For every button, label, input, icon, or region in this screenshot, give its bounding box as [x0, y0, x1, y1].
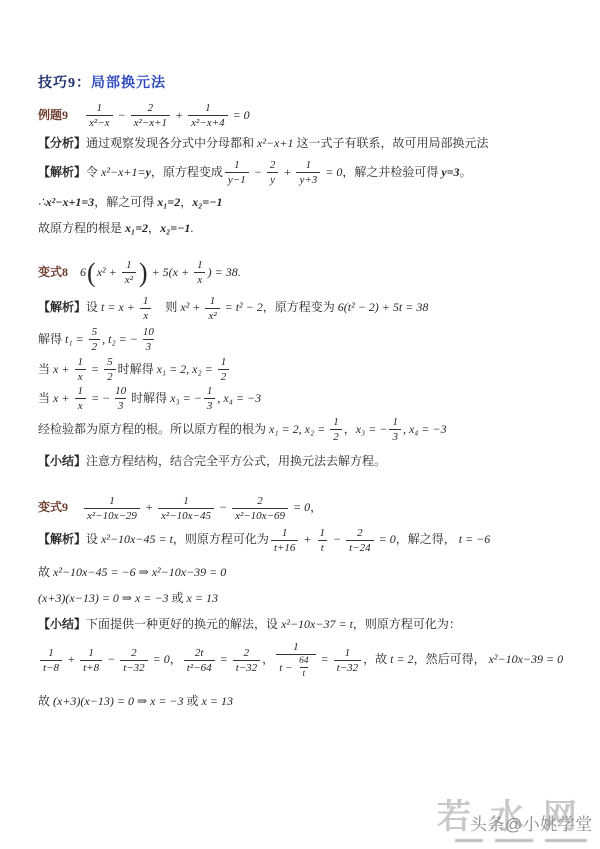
math-text: 1 [392, 416, 398, 428]
math-text: 2 [148, 102, 154, 114]
text-run: = 0 [322, 165, 342, 181]
math-text: y+3 [299, 174, 317, 186]
fraction: 2x²−10x−69 [232, 495, 288, 522]
fraction: 1x [74, 356, 86, 383]
fraction: 1x² [122, 259, 136, 286]
math-text: x² [208, 310, 216, 322]
text-run: ，则原方程可化为 [173, 532, 269, 548]
text-run: 【解析】 [38, 165, 86, 181]
math-text: t [303, 669, 306, 679]
variant9-solution-step2: 故 x²−10x−45 = −6 ⇒ x²−10x−39 = 0 [38, 564, 586, 581]
math-text: x [78, 400, 83, 412]
variant8-solution-step1: 【解析】设 t = x + 1x则 x² + 1x² = t² − 2，原方程变… [38, 295, 586, 322]
text-run: ∴ [38, 195, 46, 211]
fraction: 13 [204, 385, 216, 412]
variant8-summary: 【小结】注意方程结构，结合完全平方公式，用换元法去解方程。 [38, 454, 586, 471]
text-run: 当 [38, 362, 53, 378]
fraction: 103 [140, 326, 157, 353]
fraction: 2t−24 [346, 527, 373, 554]
example9-analysis: 【分析】通过观察发现各分式中分母都和 x²−x+1 这一式子有联系，故可用局部换… [38, 135, 586, 152]
math-text: x [78, 371, 83, 383]
math-text: 2 [357, 527, 363, 539]
text-run: x₃ = − [170, 391, 202, 407]
math-text: x²−x+4 [191, 117, 224, 129]
text-run: = − [88, 391, 110, 407]
text-run: y=3 [441, 165, 459, 181]
text-run: 当 [38, 391, 53, 407]
math-text: t²−64 [187, 662, 212, 674]
math-text: 1 [210, 295, 216, 307]
variant8-equation: 变式86(x² + 1x²) + 5(x + 1x) = 38. [38, 259, 586, 286]
text-run: + [172, 108, 186, 124]
math-text: 1 [345, 647, 351, 659]
fraction: 12 [330, 416, 342, 443]
math-text: x² [125, 274, 133, 286]
math-text: 1 [183, 495, 189, 507]
text-run: 设 [86, 532, 98, 548]
text-run: x₁=2 [157, 195, 180, 211]
math-text: 1 [293, 641, 299, 653]
title-prefix: 技巧9： [38, 76, 91, 91]
math-text: 1 [126, 259, 132, 271]
math-text: x²−10x−69 [235, 510, 285, 522]
math-text: t+16 [274, 542, 295, 554]
fraction: 1t−32 [334, 647, 361, 674]
variant9-summary-derivation: 1t−8 + 1t+8 − 2t−32 = 0，2tt²−64 = 2t−32，… [38, 641, 586, 680]
text-run: 时解得 [131, 391, 170, 407]
document-body: 技巧9：局部换元法 例题91x²−x − 2x²−x+1 + 1x²−x+4 =… [38, 72, 586, 711]
text-run: ，解之得， [396, 532, 459, 548]
text-run: ， [344, 422, 356, 438]
fraction: 1x²−10x−45 [158, 495, 214, 522]
fraction: 1t−8 [40, 647, 62, 674]
variant8-case1: 当 x + 1x = 52时解得 x₁ = 2, x₂ = 12 [38, 356, 586, 383]
title-main: 局部换元法 [91, 76, 166, 91]
math-text: x²−10x−45 [161, 510, 211, 522]
math-text: x²−x+1 [134, 117, 167, 129]
math-text: t−8 [43, 662, 59, 674]
text-run: = 0 [290, 500, 310, 516]
fraction: 1x [194, 259, 206, 286]
fraction: 12 [218, 356, 230, 383]
text-run: 【小结】 [38, 454, 86, 470]
text-run: x₃ = − [356, 422, 388, 438]
text-run: ， [262, 652, 274, 668]
math-text: 64 [299, 656, 308, 666]
math-text: 3 [392, 431, 398, 443]
text-run: x₂=−1 [192, 195, 222, 211]
page-title: 技巧9：局部换元法 [38, 72, 586, 92]
math-text: 2 [270, 159, 276, 171]
math-text: 10 [115, 385, 126, 397]
math-text: 1 [88, 647, 94, 659]
text-run: 经检验都为原方程的根。所以原方程的根为 [38, 422, 269, 438]
math-text: 1 [282, 527, 288, 539]
text-run: ，原方程变为 [263, 300, 338, 316]
text-run: 。 [460, 165, 472, 181]
fraction: 1t+8 [80, 647, 102, 674]
text-run: = 0 [376, 532, 396, 548]
variant8-conclusion: 经检验都为原方程的根。所以原方程的根为 x₁ = 2, x₂ = 12，x₃ =… [38, 416, 586, 443]
text-run: ，则原方程可化为： [353, 617, 461, 633]
text-run: = 0 [230, 108, 250, 124]
text-run: x² + [177, 300, 203, 316]
math-text: 1 [320, 527, 326, 539]
math-text: 2 [333, 431, 339, 443]
text-run: x² + [97, 265, 120, 281]
fraction: 64t [296, 656, 311, 680]
math-text: x [197, 274, 202, 286]
text-run: x²−x+1= [98, 165, 146, 181]
text-run: . [190, 221, 193, 237]
text-run: = [88, 362, 102, 378]
text-run: 【小结】 [38, 617, 86, 633]
text-run: 令 [86, 165, 98, 181]
variant8-case2: 当 x + 1x = −103时解得 x₃ = −13, x₄ = −3 [38, 385, 586, 412]
math-text: t−32 [123, 662, 144, 674]
text-run: x²−10x−45 = t [98, 532, 173, 548]
section-label: 变式8 [38, 265, 68, 281]
variant9-solution-step3: (x+3)(x−13) = 0 ⇒ x = −3 或 x = 13 [38, 590, 586, 607]
fraction: 1x [140, 295, 152, 322]
watermark-small-text [455, 839, 587, 842]
text-run: x²−10x−37 = t [278, 617, 353, 633]
math-text: 2t [195, 647, 204, 659]
text-run: x²−10x−45 = −6 ⇒ x²−10x−39 = 0 [53, 565, 226, 581]
text-run: x²−x+1 [254, 136, 296, 152]
text-run: 通过观察发现各分式中分母都和 [86, 136, 254, 152]
section-label: 例题9 [38, 108, 68, 124]
math-text: t−24 [349, 542, 370, 554]
text-run: t − [279, 662, 295, 674]
text-run: 解得 [38, 332, 65, 348]
example9-conclusion: 故原方程的根是 x₁=2，x₂=−1. [38, 220, 586, 237]
text-run: ， [148, 221, 160, 237]
text-run: ，解之并检验可得 [342, 165, 441, 181]
fraction: 1t [317, 527, 329, 554]
text-run: 下面提供一种更好的换元的解法，设 [86, 617, 278, 633]
fraction: 13 [389, 416, 401, 443]
text-run: 故 [38, 565, 53, 581]
document-page: 技巧9：局部换元法 例题91x²−x − 2x²−x+1 + 1x²−x+4 =… [0, 0, 600, 849]
variant9-summary-intro: 【小结】下面提供一种更好的换元的解法，设 x²−10x−37 = t，则原方程可… [38, 616, 586, 633]
text-run: 注意方程结构，结合完全平方公式，用换元法去解方程。 [86, 454, 386, 470]
big-paren: ( [87, 261, 96, 286]
math-text: t−32 [337, 662, 358, 674]
math-text: 2 [92, 341, 98, 353]
text-run: 这一式子有联系，故可用局部换元法 [296, 136, 488, 152]
text-run: ，原方程变成 [151, 165, 223, 181]
text-run: 【解析】 [38, 532, 86, 548]
math-text: 3 [118, 400, 124, 412]
text-run: + [280, 165, 294, 181]
fraction: 2x²−x+1 [131, 102, 170, 129]
text-run: 或 [172, 591, 184, 607]
math-text: 2 [107, 371, 113, 383]
fraction: 1x [74, 385, 86, 412]
text-run: x + [53, 391, 72, 407]
text-run: 6 [80, 265, 86, 281]
fraction: 1y−1 [225, 159, 249, 186]
text-run: 【分析】 [38, 136, 86, 152]
fraction: 2t−32 [120, 647, 147, 674]
math-text: t [321, 542, 324, 554]
text-run: x²−10x−39 = 0 [489, 652, 564, 668]
fraction: 2y [267, 159, 279, 186]
math-text: 1 [333, 416, 339, 428]
big-paren: ) [139, 261, 148, 286]
math-text: x²−10x−29 [87, 510, 137, 522]
math-text: 5 [107, 356, 113, 368]
text-run: = t² − 2 [222, 300, 263, 316]
text-run: − [115, 108, 129, 124]
variant9-summary-conclusion: 故 (x+3)(x−13) = 0 ⇒ x = −3 或 x = 13 [38, 694, 586, 711]
math-text: x [143, 310, 148, 322]
text-run: 故原方程的根是 [38, 221, 125, 237]
watermark-overlay-text: 头条@小姚学堂 [470, 815, 593, 835]
math-text: 1 [77, 356, 83, 368]
text-run: ，然后可得， [414, 652, 489, 668]
fraction: 1x²−10x−29 [84, 495, 140, 522]
math-text: t+8 [83, 662, 99, 674]
math-text: 1 [197, 259, 203, 271]
text-run: − [251, 165, 265, 181]
text-run: x = 13 [199, 694, 233, 710]
text-run: ，解之可得 [94, 195, 157, 211]
math-text: 3 [146, 341, 152, 353]
text-run: , x₄ = −3 [403, 422, 447, 438]
text-run: 6(t² − 2) + 5t = 38 [338, 300, 429, 316]
fraction: 52 [104, 356, 116, 383]
variant8-solution-step2: 解得 t₁ = 52, t₂ = −103 [38, 326, 586, 353]
variant9-solution-step1: 【解析】设 x²−10x−45 = t，则原方程可化为1t+16 + 1t − … [38, 527, 586, 554]
text-run: 故 [38, 694, 53, 710]
text-run: = 0 [150, 652, 170, 668]
fraction: 1t − 64t [276, 641, 315, 680]
text-run: 或 [187, 694, 199, 710]
text-run: − [330, 532, 344, 548]
text-run: ， [170, 652, 182, 668]
math-text: 1 [48, 647, 54, 659]
text-run: 【解析】 [38, 300, 86, 316]
fraction: 103 [112, 385, 129, 412]
text-run: , t₂ = − [102, 332, 138, 348]
math-text: 1 [234, 159, 240, 171]
math-text: y [270, 174, 275, 186]
math-text: 1 [205, 102, 211, 114]
text-run: + [64, 652, 78, 668]
text-run: + [300, 532, 314, 548]
text-run: x₁ = 2, x₂ = [157, 362, 216, 378]
text-run: 设 [86, 300, 98, 316]
fraction: 1x²−x [86, 102, 113, 129]
math-text: 5 [92, 326, 98, 338]
example9-solution-step2: ∴x²−x+1=3，解之可得 x₁=2，x₂=−1 [38, 194, 586, 211]
text-run: , x₄ = −3 [217, 391, 261, 407]
fraction: 1y+3 [296, 159, 320, 186]
math-text: 2 [221, 371, 227, 383]
math-text: 1 [143, 295, 149, 307]
text-run: x = 13 [184, 591, 218, 607]
math-text: 1 [109, 495, 115, 507]
math-text: t−32 [236, 662, 257, 674]
math-text: 1 [221, 356, 227, 368]
text-run: x₁ = 2, x₂ = [269, 422, 328, 438]
fraction: 2tt²−64 [184, 647, 215, 674]
math-text: y−1 [228, 174, 246, 186]
text-run: + 5(x + [149, 265, 193, 281]
text-run: t₁ = [65, 332, 87, 348]
text-run: x²−x+1=3 [46, 195, 95, 211]
text-run: − [216, 500, 230, 516]
variant9-equation: 变式91x²−10x−29 + 1x²−10x−45 − 2x²−10x−69 … [38, 495, 586, 522]
fraction: 2t−32 [233, 647, 260, 674]
text-run: = [318, 652, 332, 668]
text-run: ，故 [363, 652, 390, 668]
math-text: 1 [97, 102, 103, 114]
math-text: 3 [207, 400, 213, 412]
text-run: t = x + [98, 300, 138, 316]
text-run: ， [310, 500, 322, 516]
math-text: x²−x [89, 117, 110, 129]
text-run: − [104, 652, 118, 668]
text-run: t = 2 [390, 652, 413, 668]
math-text: 2 [257, 495, 263, 507]
text-run: x₁=2 [125, 221, 148, 237]
math-text: 2 [244, 647, 250, 659]
math-text: 1 [207, 385, 213, 397]
text-run: + [142, 500, 156, 516]
section-label: 变式9 [38, 500, 68, 516]
fraction: 52 [89, 326, 101, 353]
text-run: x + [53, 362, 72, 378]
text-run: 则 [165, 300, 177, 316]
fraction: 1x² [205, 295, 219, 322]
math-text: 1 [77, 385, 83, 397]
text-run: ， [180, 195, 192, 211]
text-run: t = −6 [459, 532, 491, 548]
example9-solution-step1: 【解析】令 x²−x+1=y，原方程变成1y−1 − 2y + 1y+3 = 0… [38, 159, 586, 186]
text-run: (x+3)(x−13) = 0 ⇒ x = −3 [53, 694, 187, 710]
example9-equation: 例题91x²−x − 2x²−x+1 + 1x²−x+4 = 0 [38, 102, 586, 129]
fraction: 1x²−x+4 [188, 102, 227, 129]
text-run: 时解得 [118, 362, 157, 378]
text-run: = [217, 652, 231, 668]
text-run: x₂=−1 [160, 221, 190, 237]
math-text: 2 [131, 647, 137, 659]
text-run: ) = 38. [208, 265, 241, 281]
text-run: (x+3)(x−13) = 0 ⇒ x = −3 [38, 591, 172, 607]
math-text: 1 [306, 159, 312, 171]
math-text: 10 [143, 326, 154, 338]
fraction: 1t+16 [271, 527, 298, 554]
